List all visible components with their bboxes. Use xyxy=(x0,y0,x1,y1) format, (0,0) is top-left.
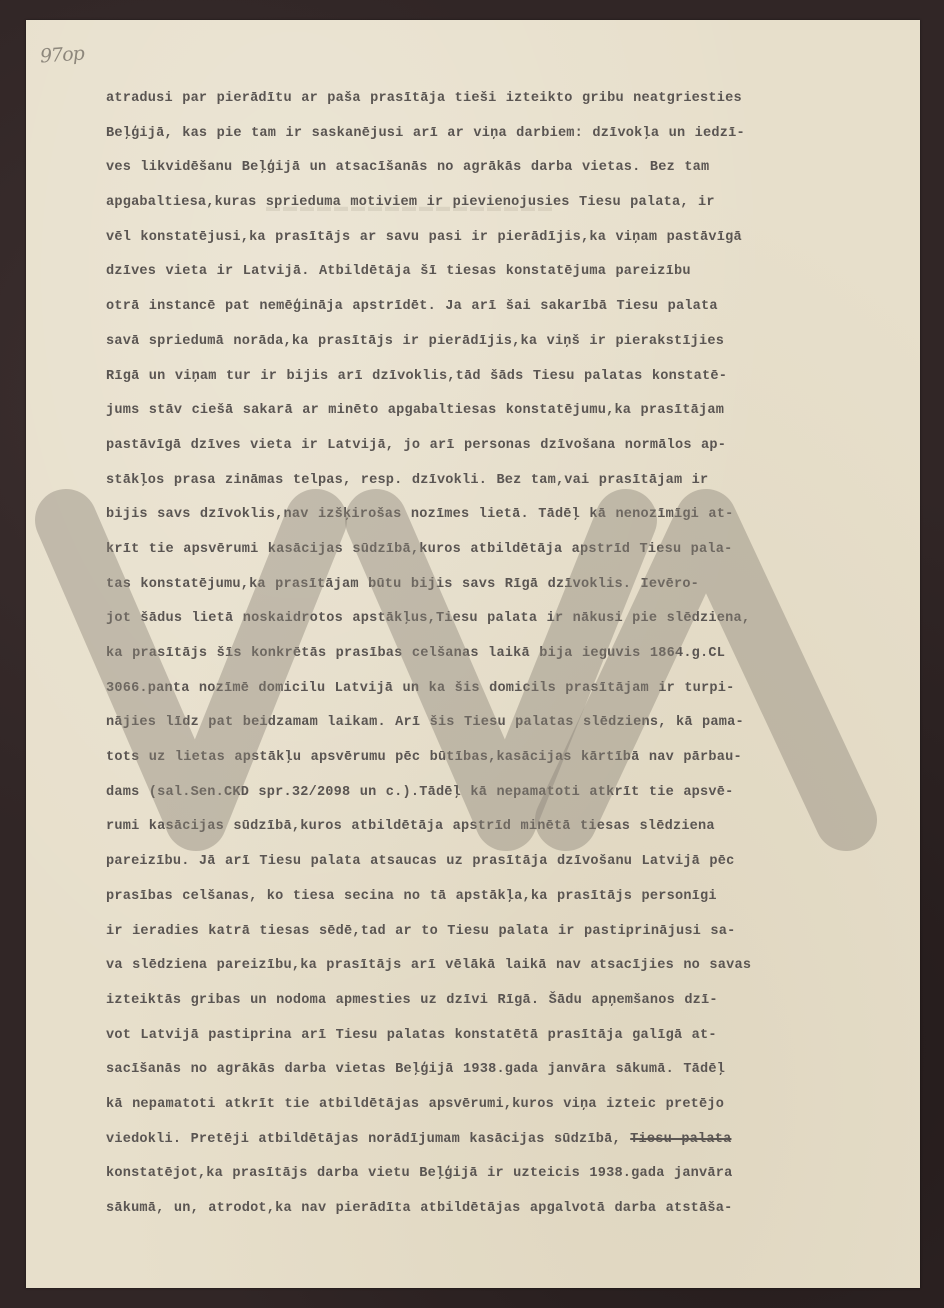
text-line: dzīves vieta ir Latvijā. Atbildētāja šī … xyxy=(106,255,906,290)
text-line: pastāvīgā dzīves vieta ir Latvijā, jo ar… xyxy=(106,429,906,464)
typewritten-body: atradusi par pierādītu ar paša prasītāja… xyxy=(106,82,906,1227)
text-line: ka prasītājs šīs konkrētās prasības celš… xyxy=(106,637,906,672)
text-line: kā nepamatoti atkrīt tie atbildētājas ap… xyxy=(106,1088,906,1123)
struck-text: Tiesu palata xyxy=(630,1132,731,1147)
text-line: otrā instancē pat nemēģināja apstrīdēt. … xyxy=(106,290,906,325)
handwritten-page-number: 97op xyxy=(39,42,84,67)
text-line: Beļģijā, kas pie tam ir saskanējusi arī … xyxy=(106,117,906,152)
text-line: jot šādus lietā noskaidrotos apstākļus,T… xyxy=(106,602,906,637)
text-line: sākumā, un, atrodot,ka nav pierādīta atb… xyxy=(106,1192,906,1227)
text-segment: viedokli. Pretēji atbildētājas norādījum… xyxy=(106,1132,630,1147)
text-line-with-strikethrough: viedokli. Pretēji atbildētājas norādījum… xyxy=(106,1123,906,1158)
text-line: va slēdziena pareizību,ka prasītājs arī … xyxy=(106,949,906,984)
text-line: tas konstatējumu,ka prasītājam būtu biji… xyxy=(106,568,906,603)
text-line: vot Latvijā pastiprina arī Tiesu palatas… xyxy=(106,1019,906,1054)
text-line: tots uz lietas apstākļu apsvērumu pēc bū… xyxy=(106,741,906,776)
text-line: pareizību. Jā arī Tiesu palata atsaucas … xyxy=(106,845,906,880)
text-line: prasības celšanas, ko tiesa secina no tā… xyxy=(106,880,906,915)
text-line: Rīgā un viņam tur ir bijis arī dzīvoklis… xyxy=(106,360,906,395)
document-page: ▬▬▬▬▬▬▬▬▬▬▬▬▬▬▬▬▬ 97op atradusi par pier… xyxy=(26,20,920,1288)
text-line: ves likvidēšanu Beļģijā un atsacīšanās n… xyxy=(106,151,906,186)
text-line: jums stāv ciešā sakarā ar minēto apgabal… xyxy=(106,394,906,429)
text-line: atradusi par pierādītu ar paša prasītāja… xyxy=(106,82,906,117)
text-line: ir ieradies katrā tiesas sēdē,tad ar to … xyxy=(106,915,906,950)
text-line: krīt tie apsvērumi kasācijas sūdzībā,kur… xyxy=(106,533,906,568)
text-line: vēl konstatējusi,ka prasītājs ar savu pa… xyxy=(106,221,906,256)
text-line: 3066.panta nozīmē domicilu Latvijā un ka… xyxy=(106,672,906,707)
text-line: konstatējot,ka prasītājs darba vietu Beļ… xyxy=(106,1157,906,1192)
text-line: dams (sal.Sen.CKD spr.32/2098 un c.).Tād… xyxy=(106,776,906,811)
text-line: izteiktās gribas un nodoma apmesties uz … xyxy=(106,984,906,1019)
text-line: apgabaltiesa,kuras sprieduma motiviem ir… xyxy=(106,186,906,221)
text-line: nājies līdz pat beidzamam laikam. Arī ši… xyxy=(106,706,906,741)
text-line: rumi kasācijas sūdzībā,kuros atbildētāja… xyxy=(106,810,906,845)
text-line: bijis savs dzīvoklis,nav izšķirošas nozī… xyxy=(106,498,906,533)
text-line: sacīšanās no agrākās darba vietas Beļģij… xyxy=(106,1053,906,1088)
text-line: stākļos prasa zināmas telpas, resp. dzīv… xyxy=(106,464,906,499)
text-line: savā spriedumā norāda,ka prasītājs ir pi… xyxy=(106,325,906,360)
